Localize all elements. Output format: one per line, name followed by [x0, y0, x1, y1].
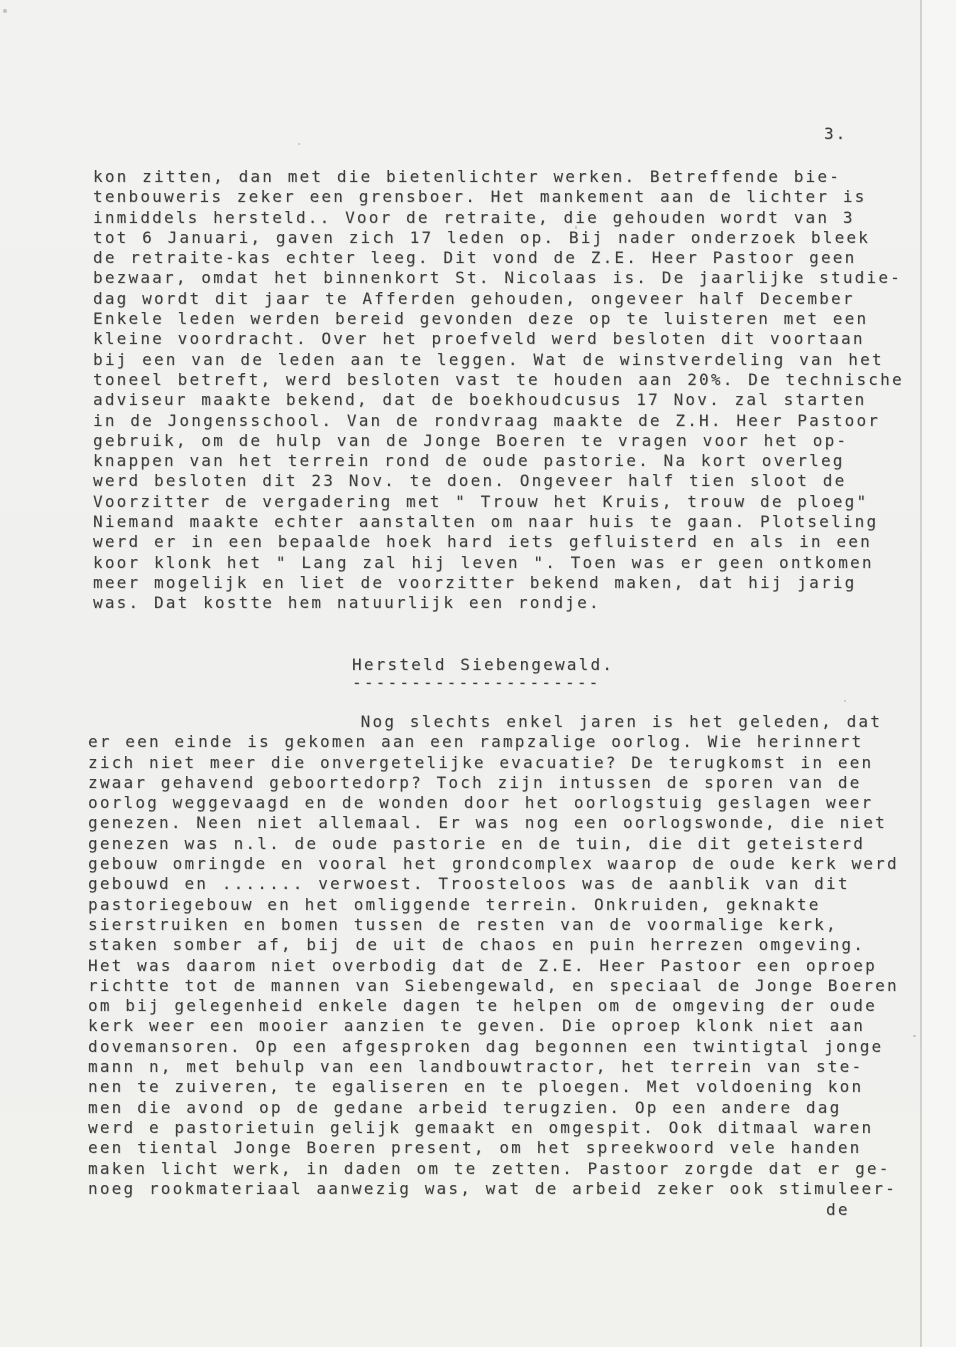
text-line: genezen. Neen niet allemaal. Er was nog …: [88, 813, 899, 833]
text-line: gebouw omringde en vooral het grondcompl…: [88, 854, 899, 874]
scan-speck: [3, 9, 7, 13]
text-line: Enkele leden werden bereid gevonden deze…: [93, 309, 904, 329]
text-line: noeg rookmateriaal aanwezig was, wat de …: [88, 1179, 899, 1199]
page-number: 3.: [824, 124, 847, 143]
text-line: men die avond op de gedane arbeid terugz…: [88, 1098, 899, 1118]
text-line: inmiddels hersteld.. Voor de retraite, d…: [93, 208, 904, 228]
text-line: bezwaar, omdat het binnenkort St. Nicola…: [93, 268, 904, 288]
text-line: richtte tot de mannen van Siebengewald, …: [88, 976, 899, 996]
text-line: staken somber af, bij de uit de chaos en…: [88, 935, 899, 955]
text-line: kleine voordracht. Over het proefveld we…: [93, 329, 904, 349]
scanned-page: 3. kon zitten, dan met die bietenlichter…: [0, 0, 956, 1347]
text-line: genezen was n.l. de oude pastorie en de …: [88, 834, 899, 854]
section-title: Hersteld Siebengewald.: [352, 655, 614, 675]
text-line: knappen van het terrein rond de oude pas…: [93, 451, 904, 471]
text-line: werd e pastorietuin gelijk gemaakt en om…: [88, 1118, 899, 1138]
text-line: in de Jongensschool. Van de rondvraag ma…: [93, 411, 904, 431]
text-line: zwaar gehavend geboortedorp? Toch zijn i…: [88, 773, 899, 793]
paragraph-meeting-report: kon zitten, dan met die bietenlichter we…: [93, 167, 904, 614]
text-line: werd er in een bepaalde hoek hard iets g…: [93, 532, 904, 552]
text-line: om bij gelegenheid enkele dagen te helpe…: [88, 996, 899, 1016]
scan-speck: [298, 143, 300, 145]
text-line: kon zitten, dan met die bietenlichter we…: [93, 167, 904, 187]
scan-speck: [844, 700, 846, 702]
text-line: maken licht werk, in daden om te zetten.…: [88, 1159, 899, 1179]
scan-edge-strip: [922, 0, 956, 1347]
text-line: Niemand maakte echter aanstalten om naar…: [93, 512, 904, 532]
text-line: Nog slechts enkel jaren is het geleden, …: [88, 712, 899, 732]
text-line: meer mogelijk en liet de voorzitter beke…: [93, 573, 904, 593]
text-line: sierstruiken en bomen tussen de resten v…: [88, 915, 899, 935]
text-line: gebruik, om de hulp van de Jonge Boeren …: [93, 431, 904, 451]
text-line: gebouwd en ....... verwoest. Troosteloos…: [88, 874, 899, 894]
text-line: Voorzitter de vergadering met " Trouw he…: [93, 492, 904, 512]
text-line: de retraite-kas echter leeg. Dit vond de…: [93, 248, 904, 268]
text-line: toneel betreft, werd besloten vast te ho…: [93, 370, 904, 390]
text-line: koor klonk het " Lang zal hij leven ". T…: [93, 553, 904, 573]
text-line: nen te zuiveren, te egaliseren en te plo…: [88, 1077, 899, 1097]
text-line: werd besloten dit 23 Nov. te doen. Ongev…: [93, 471, 904, 491]
text-line: adviseur maakte bekend, dat de boekhoudc…: [93, 390, 904, 410]
text-line: pastoriegebouw en het omliggende terrein…: [88, 895, 899, 915]
text-line: oorlog weggevaagd en de wonden door het …: [88, 793, 899, 813]
text-line: bij een van de leden aan te leggen. Wat …: [93, 350, 904, 370]
page-edge-line: [920, 0, 922, 1347]
text-line: was. Dat kostte hem natuurlijk een rondj…: [93, 593, 904, 613]
text-line: Het was daarom niet overbodig dat de Z.E…: [88, 956, 899, 976]
text-line: mann n, met behulp van een landbouwtract…: [88, 1057, 899, 1077]
text-line: een tiental Jonge Boeren present, om het…: [88, 1138, 899, 1158]
text-line: dovemansoren. Op een afgesproken dag beg…: [88, 1037, 899, 1057]
continuation-word: de: [826, 1200, 850, 1219]
text-line: er een einde is gekomen aan een rampzali…: [88, 732, 899, 752]
section-title-underline: ---------------------: [352, 673, 614, 693]
text-line: dag wordt dit jaar te Afferden gehouden,…: [93, 289, 904, 309]
scan-speck: [913, 1035, 916, 1037]
text-line: tenbouweris zeker een grensboer. Het man…: [93, 187, 904, 207]
text-line: zich niet meer die onvergetelijke evacua…: [88, 753, 899, 773]
text-line: kerk weer een mooier aanzien te geven. D…: [88, 1016, 899, 1036]
text-line: tot 6 Januari, gaven zich 17 leden op. B…: [93, 228, 904, 248]
paragraph-hersteld-siebengewald: Nog slechts enkel jaren is het geleden, …: [88, 712, 899, 1199]
section-heading: Hersteld Siebengewald. -----------------…: [352, 655, 614, 694]
